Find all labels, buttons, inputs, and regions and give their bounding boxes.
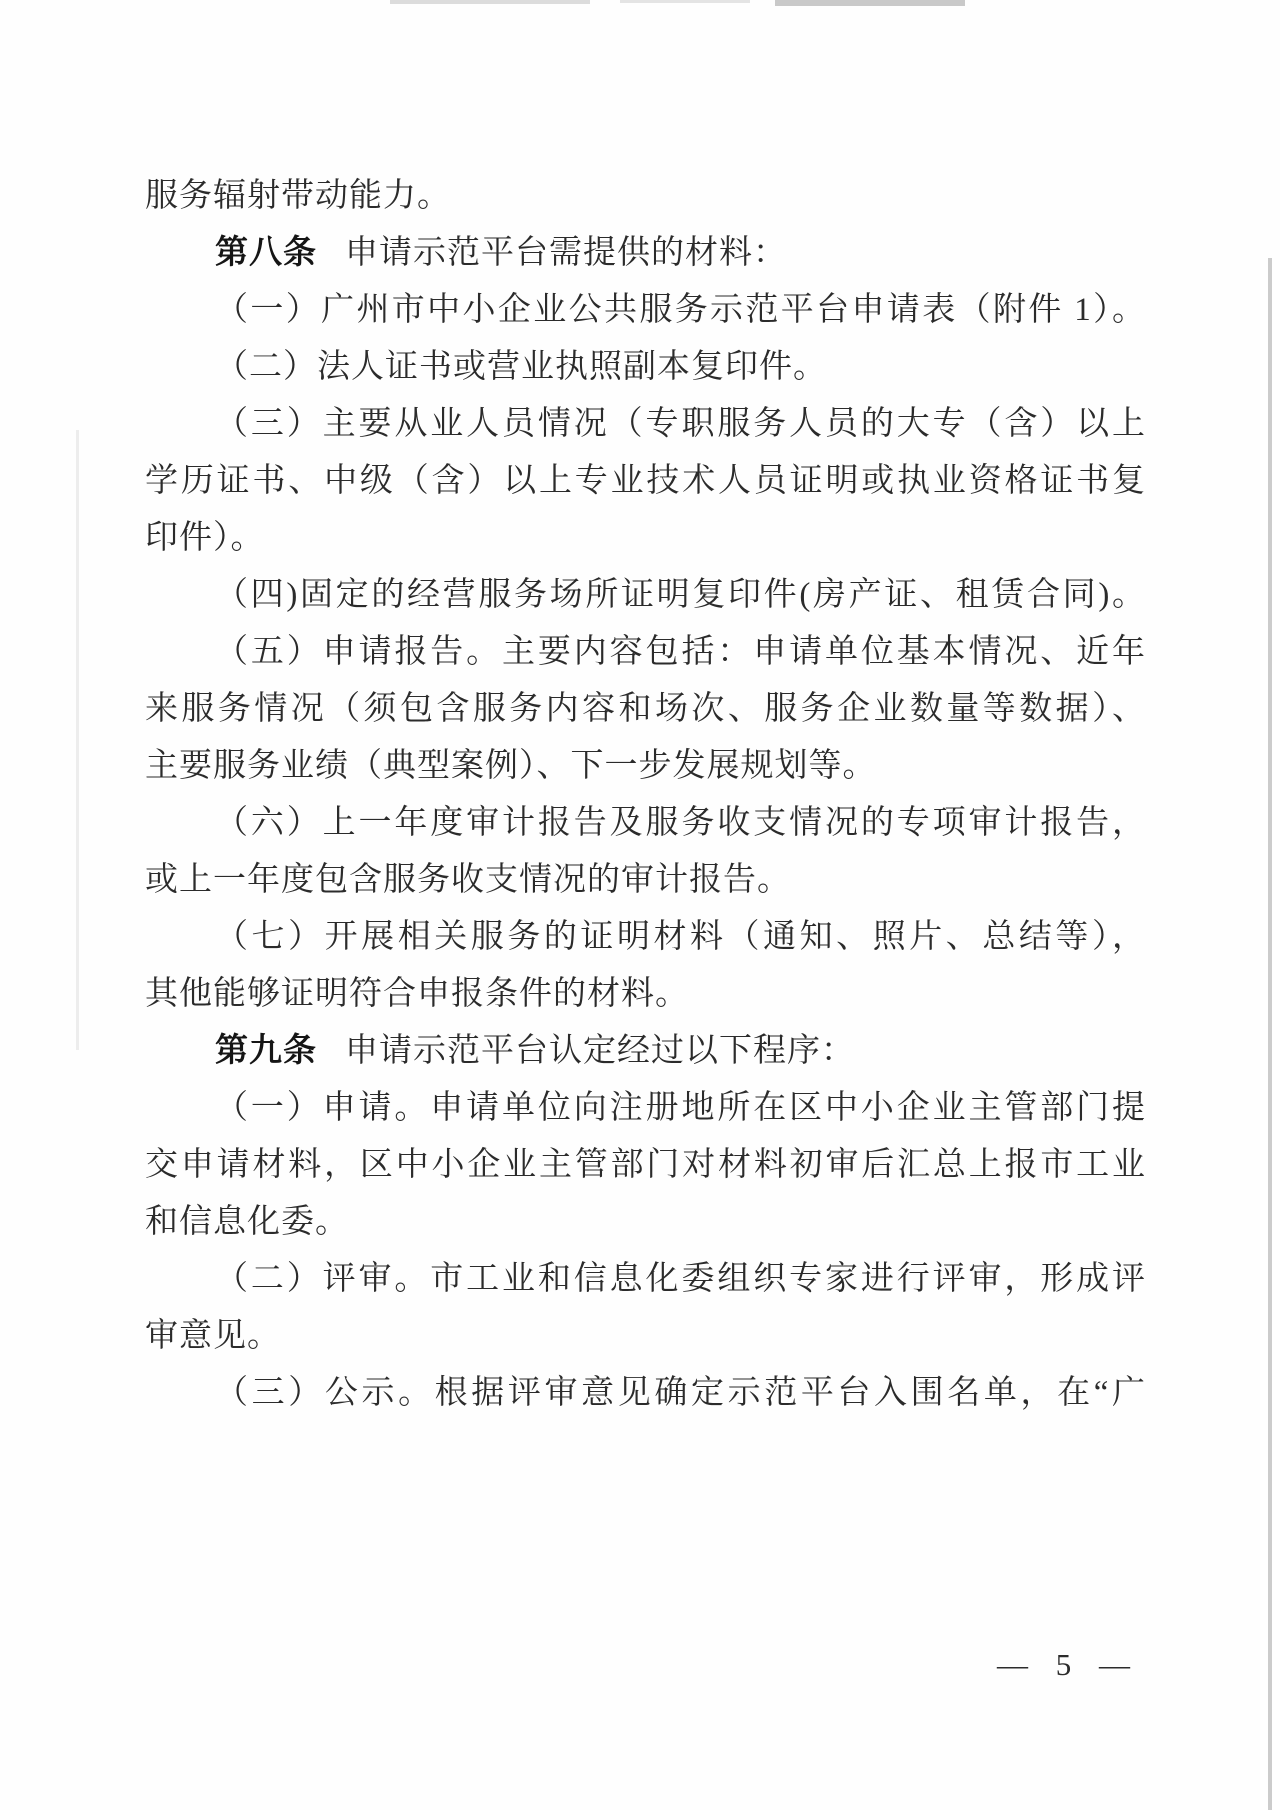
article-heading-line: 第八条申请示范平台需提供的材料： <box>145 225 1145 282</box>
line-text: （六）上一年度审计报告及服务收支情况的专项审计报告， <box>215 805 1145 841</box>
text-line: 来服务情况（须包含服务内容和场次、服务企业数量等数据）、 <box>145 681 1145 738</box>
text-line: （二）法人证书或营业执照副本复印件。 <box>145 339 1145 396</box>
article-title: 申请示范平台认定经过以下程序： <box>345 1033 855 1069</box>
line-text: （二）评审。市工业和信息化委组织专家进行评审，形成评 <box>215 1261 1145 1297</box>
article-title: 申请示范平台需提供的材料： <box>345 235 787 271</box>
line-text: 主要服务业绩（典型案例）、下一步发展规划等。 <box>145 748 877 784</box>
text-line: （三）公示。根据评审意见确定示范平台入围名单，在“广 <box>145 1365 1145 1422</box>
article-number: 第八条 <box>215 235 317 271</box>
line-text: 交申请材料，区中小企业主管部门对材料初审后汇总上报市工业 <box>145 1147 1145 1183</box>
line-text: 印件）。 <box>145 520 265 556</box>
line-text: 和信息化委。 <box>145 1204 349 1240</box>
line-text: （一）广州市中小企业公共服务示范平台申请表（附件 1）。 <box>215 292 1145 328</box>
scan-smudge-artifact <box>775 0 965 6</box>
line-text: （三）公示。根据评审意见确定示范平台入围名单，在“广 <box>215 1375 1145 1411</box>
line-text: （三）主要从业人员情况（专职服务人员的大专（含）以上 <box>215 406 1145 442</box>
text-line: （四)固定的经营服务场所证明复印件(房产证、租赁合同)。 <box>145 567 1145 624</box>
scan-smudge-artifact <box>620 0 750 3</box>
line-text: （七）开展相关服务的证明材料（通知、照片、总结等）， <box>215 919 1145 955</box>
article-number: 第九条 <box>215 1033 317 1069</box>
text-line: （二）评审。市工业和信息化委组织专家进行评审，形成评 <box>145 1251 1145 1308</box>
line-text: 审意见。 <box>145 1318 281 1354</box>
scan-smudge-artifact <box>390 0 590 4</box>
line-text: （二）法人证书或营业执照副本复印件。 <box>215 349 827 385</box>
text-line: 或上一年度包含服务收支情况的审计报告。 <box>145 852 1145 909</box>
page-number: — 5 — <box>0 1645 1140 1685</box>
text-line: 服务辐射带动能力。 <box>145 168 1145 225</box>
scan-vertical-line-artifact <box>1268 258 1272 1810</box>
text-line: 印件）。 <box>145 510 1145 567</box>
line-text: 来服务情况（须包含服务内容和场次、服务企业数量等数据）、 <box>145 691 1145 727</box>
document-body: 服务辐射带动能力。 第八条申请示范平台需提供的材料： （一）广州市中小企业公共服… <box>145 168 1145 1422</box>
line-text: 学历证书、中级（含）以上专业技术人员证明或执业资格证书复 <box>145 463 1145 499</box>
text-line: （三）主要从业人员情况（专职服务人员的大专（含）以上 <box>145 396 1145 453</box>
line-text: 或上一年度包含服务收支情况的审计报告。 <box>145 862 791 898</box>
line-text: （一）申请。申请单位向注册地所在区中小企业主管部门提 <box>215 1090 1145 1126</box>
text-line: （七）开展相关服务的证明材料（通知、照片、总结等）， <box>145 909 1145 966</box>
text-line: （一）广州市中小企业公共服务示范平台申请表（附件 1）。 <box>145 282 1145 339</box>
scan-vertical-line-artifact <box>76 430 79 1050</box>
line-text: （五）申请报告。主要内容包括：申请单位基本情况、近年 <box>215 634 1145 670</box>
line-text: 服务辐射带动能力。 <box>145 178 451 214</box>
text-line: 交申请材料，区中小企业主管部门对材料初审后汇总上报市工业 <box>145 1137 1145 1194</box>
line-text: （四)固定的经营服务场所证明复印件(房产证、租赁合同)。 <box>215 577 1145 613</box>
article-heading-line: 第九条申请示范平台认定经过以下程序： <box>145 1023 1145 1080</box>
text-line: 其他能够证明符合申报条件的材料。 <box>145 966 1145 1023</box>
text-line: （六）上一年度审计报告及服务收支情况的专项审计报告， <box>145 795 1145 852</box>
text-line: 学历证书、中级（含）以上专业技术人员证明或执业资格证书复 <box>145 453 1145 510</box>
text-line: （五）申请报告。主要内容包括：申请单位基本情况、近年 <box>145 624 1145 681</box>
document-page: 服务辐射带动能力。 第八条申请示范平台需提供的材料： （一）广州市中小企业公共服… <box>0 0 1280 1810</box>
text-line: 主要服务业绩（典型案例）、下一步发展规划等。 <box>145 738 1145 795</box>
line-text: 其他能够证明符合申报条件的材料。 <box>145 976 689 1012</box>
text-line: 和信息化委。 <box>145 1194 1145 1251</box>
text-line: 审意见。 <box>145 1308 1145 1365</box>
text-line: （一）申请。申请单位向注册地所在区中小企业主管部门提 <box>145 1080 1145 1137</box>
